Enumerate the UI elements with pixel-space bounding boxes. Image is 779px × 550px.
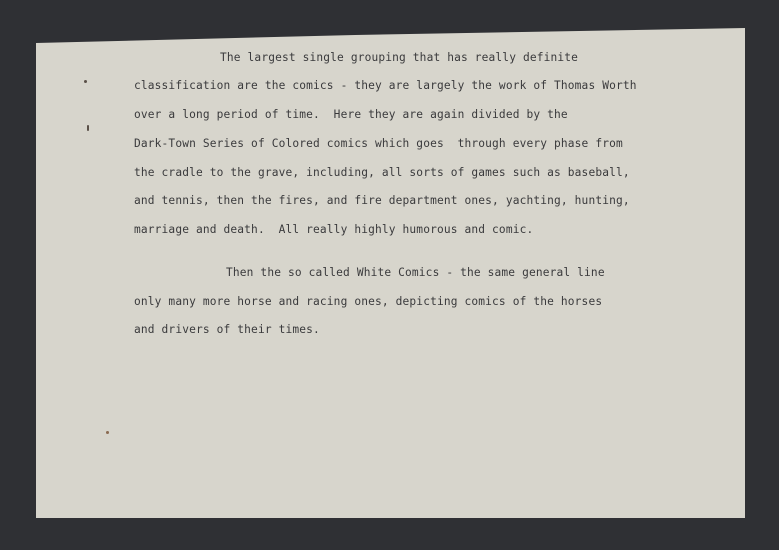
- paragraph-2-line-1: Then the so called White Comics - the sa…: [226, 266, 605, 279]
- paper-speck: [84, 80, 87, 83]
- paper-speck: [106, 431, 109, 434]
- paragraph-2-line-3: and drivers of their times.: [134, 323, 320, 336]
- paragraph-1-line-4: Dark-Town Series of Colored comics which…: [134, 137, 623, 150]
- paper-speck: [87, 125, 89, 131]
- paragraph-1-line-3: over a long period of time. Here they ar…: [134, 108, 568, 121]
- paragraph-1-line-1: The largest single grouping that has rea…: [220, 51, 578, 64]
- paragraph-2-line-2: only many more horse and racing ones, de…: [134, 295, 602, 308]
- paragraph-1-line-2: classification are the comics - they are…: [134, 79, 637, 92]
- paragraph-1-line-5: the cradle to the grave, including, all …: [134, 166, 630, 179]
- typed-document-page: The largest single grouping that has rea…: [36, 28, 745, 518]
- paragraph-1-line-6: and tennis, then the fires, and fire dep…: [134, 194, 630, 207]
- paragraph-1-line-7: marriage and death. All really highly hu…: [134, 223, 533, 236]
